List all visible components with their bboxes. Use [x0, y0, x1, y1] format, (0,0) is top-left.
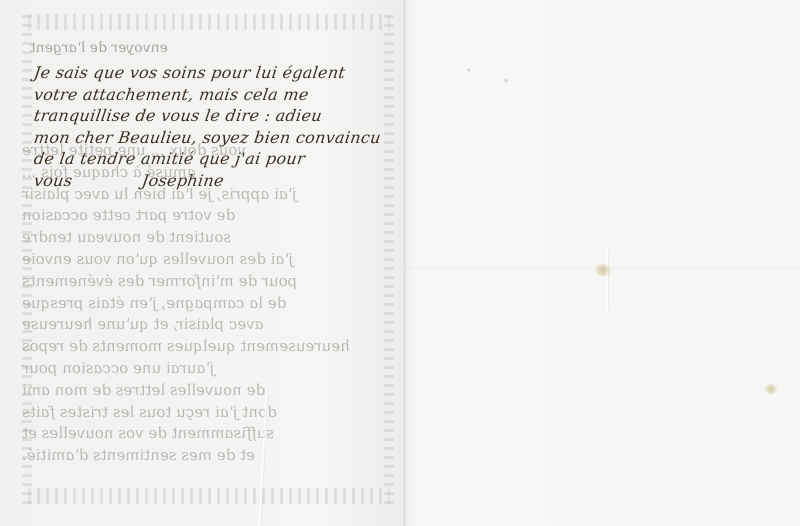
letter-line: Je sais que vos soins pour lui égalent	[32, 62, 395, 84]
letter-line: votre attachement, mais cela me	[32, 84, 395, 106]
letter-sheet: envoyer de l'argent Je sais que vos soin…	[0, 0, 800, 526]
bleed-line: de nouvelles lettres de mon ami	[20, 380, 383, 402]
ink-speck	[503, 78, 509, 83]
bleed-line: vous doux ... une petite lettre	[20, 140, 383, 162]
ink-speck	[466, 68, 471, 72]
letter-line: tranquillise de vous le dire : adieu	[32, 105, 395, 127]
embossed-border-top	[28, 14, 390, 30]
bleed-line: j'aurai une occasion pour	[20, 358, 383, 380]
bleed-line: amusé à chaque fois ...	[20, 162, 383, 184]
embossed-border-bottom	[28, 488, 390, 504]
bleed-line: soutient de nouveau tendre	[20, 227, 383, 249]
left-page: envoyer de l'argent Je sais que vos soin…	[0, 0, 405, 526]
bleed-through-top-fragment: envoyer de l'argent	[29, 40, 169, 56]
bleed-line: suffisamment de vos nouvelles et	[20, 423, 383, 445]
bleed-line: heureusement quelques moments de repos	[20, 336, 383, 358]
right-page-blank	[405, 0, 800, 526]
bleed-line: de la campagne, j'en étais presque	[20, 293, 383, 315]
bleed-line: et de mes sentiments d'amitié.	[20, 445, 383, 467]
bleed-line: pour de m'informer des événements	[20, 271, 383, 293]
bleed-line: j'ai des nouvelles qu'on vous envoie	[20, 249, 383, 271]
bleed-line: avec plaisir, et qu'une heureuse	[20, 314, 383, 336]
paper-crease	[606, 250, 608, 310]
foxing-stain	[594, 264, 612, 276]
bleed-line: de votre part cette occasion	[20, 205, 383, 227]
foxing-stain	[764, 384, 778, 394]
bleed-through-text: vous doux ... une petite lettre amusé à …	[22, 140, 382, 467]
bleed-line: j'ai appris, je l'ai bien lu avec plaisi…	[20, 184, 383, 206]
bleed-line: dont j'ai reçu tous les tristes faits	[20, 402, 383, 424]
